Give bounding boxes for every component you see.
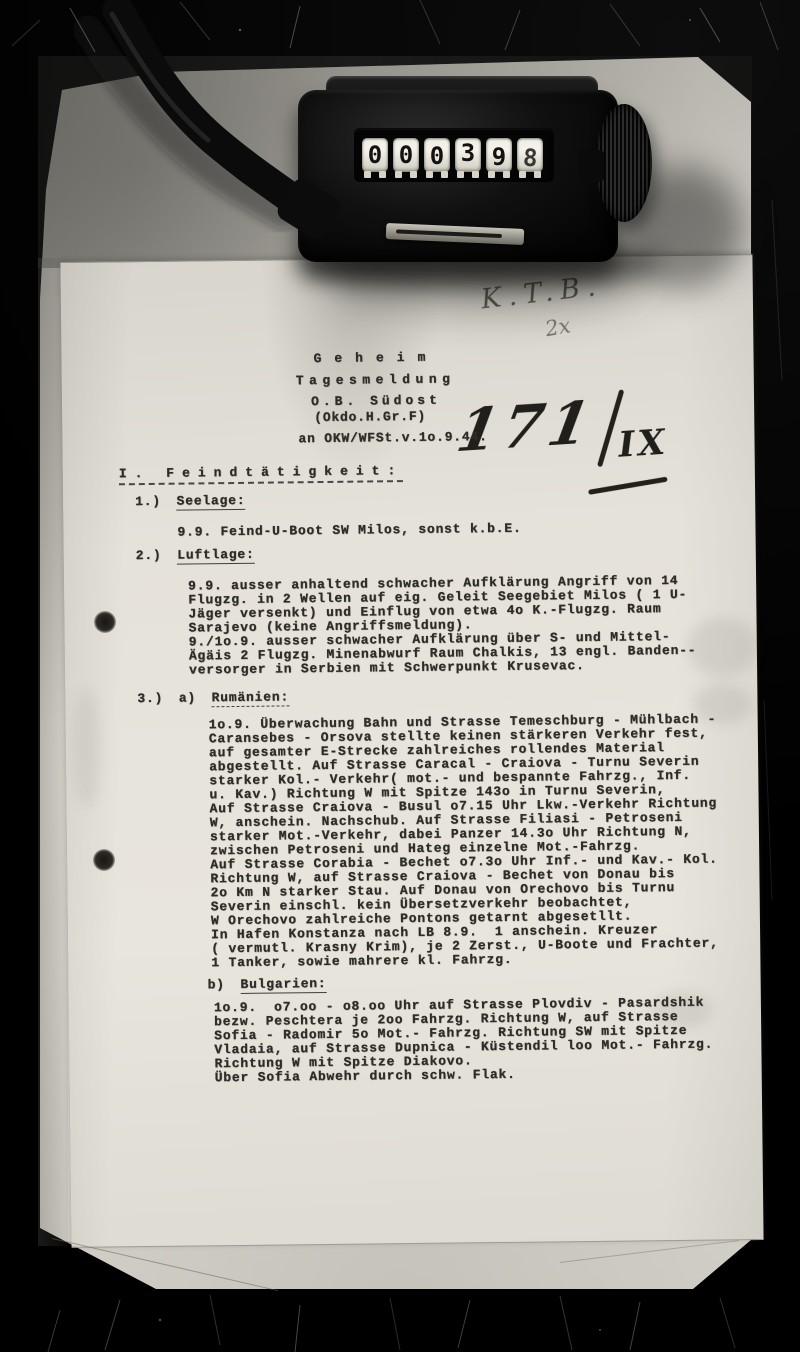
paragraph-bulgarien: 1o.9. o7.oo - o8.oo Uhr auf Strasse Plov… (214, 996, 714, 1086)
section-label: Luftlage: (177, 548, 255, 565)
section-subletter: a) (179, 691, 196, 705)
typed-line: 9.9. Feind-U-Boot SW Milos, sonst k.b.E. (177, 522, 521, 540)
digit: 0 (368, 141, 382, 169)
handwritten-copy-count: 2x (543, 313, 572, 341)
file-number-171: 171 (453, 393, 600, 460)
header-an-okw: an OKW/WFSt.v.1o.9.44. (298, 430, 487, 446)
punch-hole (94, 611, 116, 633)
digit-window: 9 (486, 138, 512, 172)
title-feindtaetigkeit: I. Feindtätigkeit: (119, 464, 404, 481)
section-luftlage-heading: 2.) Luftlage: (136, 548, 255, 565)
digit-window: 0 (393, 138, 419, 172)
digit: 0 (430, 142, 444, 170)
header-geheim: Geheim (313, 351, 438, 366)
header-okdo: (Okdo.H.Gr.F) (314, 410, 426, 425)
paragraph-rumaenien: 1o.9. Überwachung Bahn und Strasse Temes… (209, 713, 719, 971)
typed-line: Über Sofia Abwehr durch schw. Flak. (215, 1066, 714, 1086)
section-subletter: b) (208, 978, 225, 992)
handwritten-file-number: 171 IX (456, 389, 669, 478)
section-rumaenien-heading: 3.) a) Rumänien: (137, 690, 289, 708)
counter-reset-knob (596, 104, 652, 222)
typed-line: 1 Tanker, sowie mahrere kl. Fahrzg. (211, 951, 719, 971)
film-frame: K.T.B. 2x 171 IX Geheim Tagesmeldung O.B… (0, 0, 800, 1352)
digit: 8 (522, 144, 538, 173)
digit-window: 0 (424, 138, 450, 172)
ink-smudge (74, 688, 100, 808)
section-bulgarien-heading: b) Bulgarien: (208, 977, 327, 994)
section-number: 2.) (136, 549, 162, 563)
digit: 3 (461, 139, 475, 167)
digit: 0 (399, 141, 413, 169)
title-text: I. Feindtätigkeit: (119, 463, 404, 485)
paragraph-seelage: 9.9. Feind-U-Boot SW Milos, sonst k.b.E. (177, 522, 521, 540)
digit: 9 (492, 143, 506, 171)
section-number: 3.) (137, 692, 163, 706)
section-seelage-heading: 1.) Seelage: (135, 494, 245, 511)
punch-hole (93, 849, 115, 871)
document-page: K.T.B. 2x 171 IX Geheim Tagesmeldung O.B… (60, 254, 763, 1248)
typed-line: versorger in Serbien mit Schwerpunkt Kru… (189, 658, 697, 678)
digit-window: 3 (455, 138, 481, 172)
counter-display: 0 0 0 3 9 8 (354, 128, 554, 182)
digit-window: 0 (362, 138, 388, 172)
ink-smudge (652, 992, 712, 1028)
paragraph-luftlage: 9.9. ausser anhaltend schwacher Aufkläru… (188, 574, 697, 678)
file-number-roman: IX (617, 425, 669, 463)
ink-smudge (688, 618, 758, 676)
header-tagesmeldung: Tagesmeldung (296, 372, 456, 388)
section-number: 1.) (135, 495, 161, 509)
digit-window: 8 (517, 138, 543, 172)
section-label: Rumänien: (212, 690, 290, 707)
section-label: Seelage: (176, 494, 245, 511)
section-label: Bulgarien: (240, 977, 326, 994)
counter-knob-stem (578, 150, 604, 182)
file-number-underline (588, 477, 668, 495)
ink-smudge (694, 684, 752, 724)
header-ob-suedost: O.B. Südost (311, 394, 441, 409)
